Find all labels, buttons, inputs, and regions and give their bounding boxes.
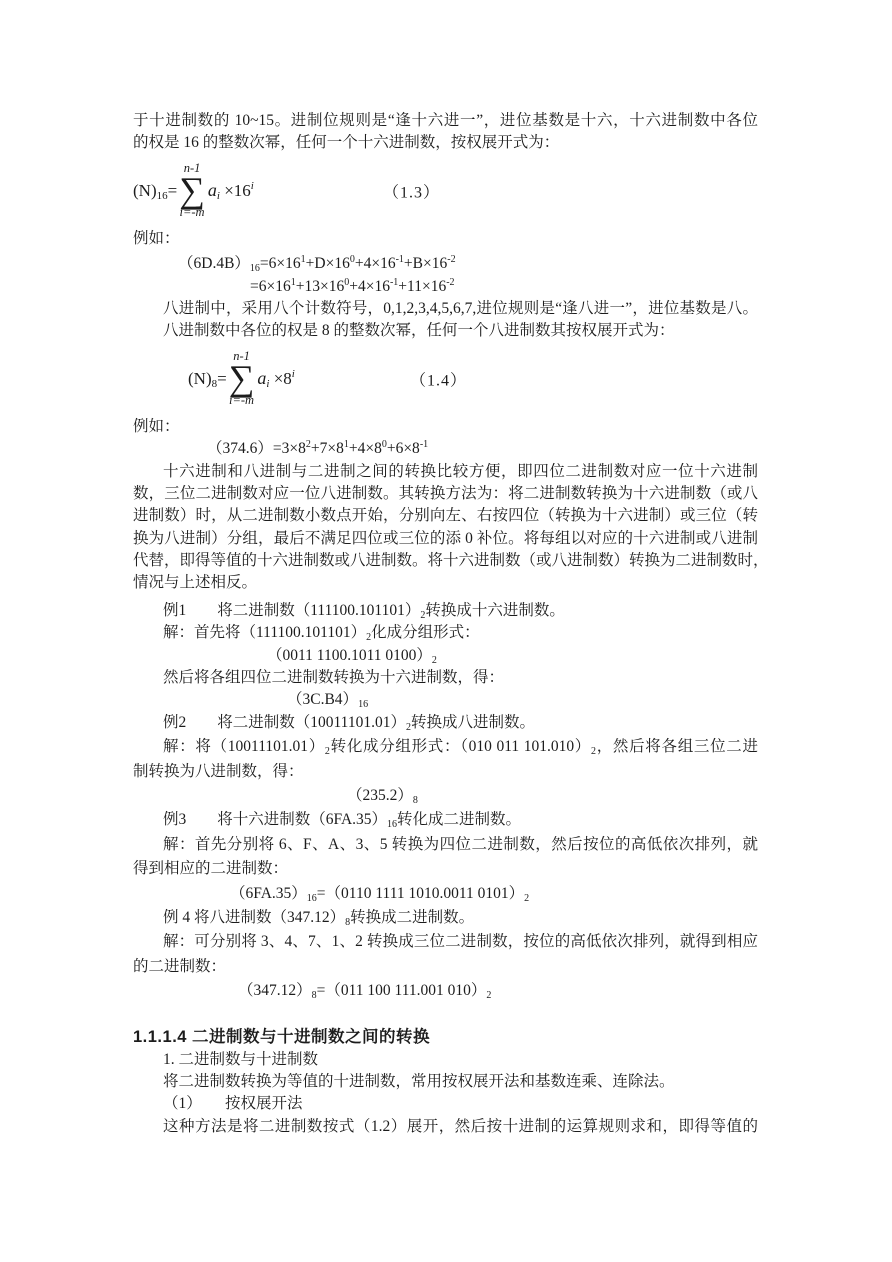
conversion-result-line: （347.12）8=（011 100 111.001 010）2 — [238, 980, 758, 1002]
body-text-line: 这种方法是将二进制数按式（1.2）展开，然后按十进制的运算规则求和，即得等值的 — [133, 1116, 758, 1138]
body-text-line: 情况与上述相反。 — [133, 572, 758, 594]
expansion-equation-line: （6D.4B）16=6×161+D×160+4×16-1+B×16-2 — [178, 253, 758, 275]
formula-lhs: (N)16= — [133, 181, 177, 201]
example-intro-line: 例如： — [133, 228, 758, 250]
solution-text-line: 解：将（10011101.01）2转化成分组形式：（010 011 101.01… — [133, 736, 758, 758]
body-text-line: 换为八进制）分组，最后不满足四位或三位的添 0 补位。将每组以对应的十六进制或八… — [133, 528, 758, 550]
body-text-line: 代替，即得等值的十六进制数或八进制数。将十六进制数（或八进制数）转换为二进制数时… — [133, 550, 758, 572]
example-problem-line: 例2 将二进制数（10011101.01）2转换成八进制数。 — [133, 712, 758, 734]
solution-text-line: 的二进制数： — [133, 956, 758, 978]
section-heading: 1.1.1.4 二进制数与十进制数之间的转换 — [133, 1025, 758, 1049]
solution-text-line: 解：可分别将 3、4、7、1、2 转换成三位二进制数，按位的高低依次排列，就得到… — [133, 931, 758, 953]
sum-lower-limit: i=-m — [179, 206, 204, 219]
equation-number: （1.3） — [383, 179, 440, 202]
formula-1-3: (N)16= n-1 ∑ i=-m ai ×16i （1.3） — [133, 163, 758, 219]
sum-lower-limit: i=-m — [229, 394, 254, 407]
summation-symbol: ∑ — [179, 175, 205, 206]
body-text-line: 数，三位二进制数对应一位八进制数。其转换方法为：将二进制数转换为十六进制数（或八 — [133, 483, 758, 505]
formula-lhs: (N)8= — [188, 369, 227, 389]
solution-text-line: 解：首先分别将 6、F、A、3、5 转换为四位二进制数，然后按位的高低依次排列，… — [133, 834, 758, 856]
equation-number: （1.4） — [410, 367, 467, 390]
summation-block: n-1 ∑ i=-m — [229, 350, 255, 407]
solution-text-line: 然后将各组四位二进制数转换为十六进制数，得： — [133, 667, 758, 689]
body-text-line: 八进制中，采用八个计数符号，0,1,2,3,4,5,6,7,进位规则是“逢八进一… — [133, 298, 758, 320]
example-problem-line: 例3 将十六进制数（6FA.35）16转化成二进制数。 — [133, 809, 758, 831]
body-text-line: 1. 二进制数与十进制数 — [133, 1049, 758, 1071]
expansion-equation-line: =6×161+13×160+4×16-1+11×16-2 — [250, 276, 758, 298]
formula-term: ai ×8i — [257, 368, 294, 389]
conversion-result-line: （235.2）8 — [347, 785, 758, 807]
conversion-result-line: （6FA.35）16=（0110 1111 1010.0011 0101）2 — [230, 883, 758, 905]
summation-symbol: ∑ — [229, 363, 255, 394]
body-text-line: 的权是 16 的整数次幂，任何一个十六进制数，按权展开式为： — [133, 132, 758, 154]
example-problem-line: 例 4 将八进制数（347.12）8转换成二进制数。 — [133, 907, 758, 929]
body-text-line: 八进制数中各位的权是 8 的整数次幂，任何一个八进制数其按权展开式为： — [133, 320, 758, 342]
solution-text-line: 解：首先将（111100.101101）2化成分组形式： — [133, 622, 758, 644]
conversion-result-line: （3C.B4）16 — [287, 689, 758, 711]
example-problem-line: 例1 将二进制数（111100.101101）2转换成十六进制数。 — [133, 600, 758, 622]
body-text-line: 十六进制和八进制与二进制之间的转换比较方便，即四位二进制数对应一位十六进制 — [133, 461, 758, 483]
formula-1-4: (N)8= n-1 ∑ i=-m ai ×8i （1.4） — [133, 351, 758, 407]
page-content: 于十进制数的 10~15。进制位规则是“逢十六进一”，进位基数是十六，十六进制数… — [133, 110, 758, 1138]
body-text-line: 将二进制数转换为等值的十进制数，常用按权展开法和基数连乘、连除法。 — [133, 1071, 758, 1093]
body-text-line: 于十进制数的 10~15。进制位规则是“逢十六进一”，进位基数是十六，十六进制数… — [133, 110, 758, 132]
conversion-result-line: （0011 1100.1011 0100）2 — [267, 645, 758, 667]
formula-term: ai ×16i — [208, 180, 254, 201]
example-intro-line: 例如： — [133, 416, 758, 438]
solution-text-line: 得到相应的二进制数： — [133, 858, 758, 880]
body-text-line: （1） 按权展开法 — [133, 1093, 758, 1115]
document-page: 于十进制数的 10~15。进制位规则是“逢十六进一”，进位基数是十六，十六进制数… — [0, 0, 892, 1262]
body-text-line: 进制数）时，从二进制数小数点开始，分别向左、右按四位（转换为十六进制）或三位（转 — [133, 505, 758, 527]
expansion-equation-line: （374.6）=3×82+7×81+4×80+6×8-1 — [207, 438, 758, 460]
solution-text-line: 制转换为八进制数，得： — [133, 761, 758, 783]
summation-block: n-1 ∑ i=-m — [179, 162, 205, 219]
